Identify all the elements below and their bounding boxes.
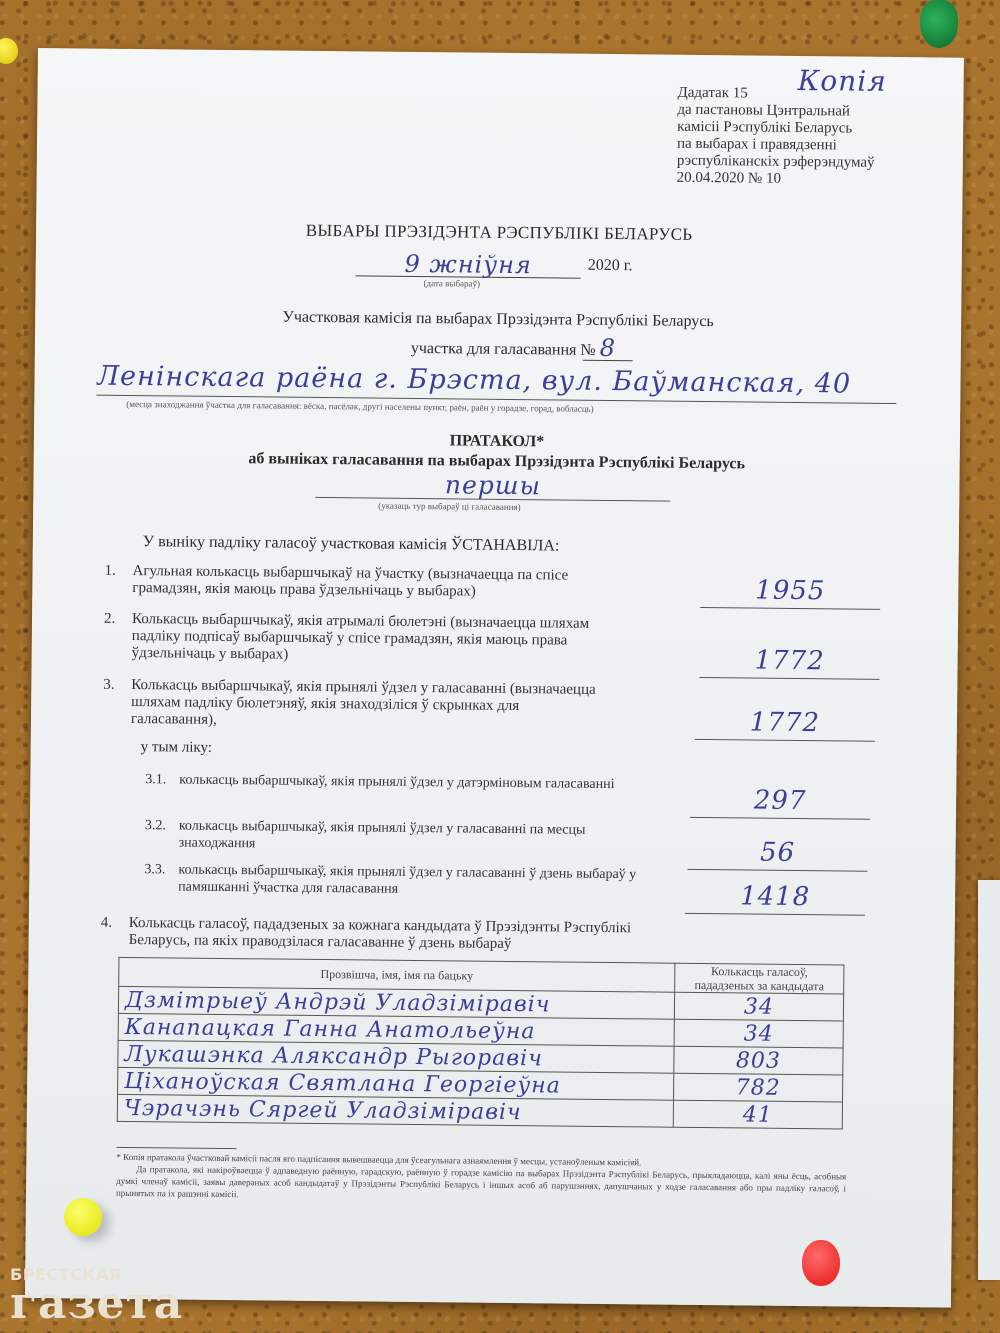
station-label: участка для галасавання №: [411, 340, 596, 360]
subitem-election-day: 3.3.колькасць выбаршчыкаў, якія прынялі …: [144, 861, 638, 900]
subitem-number: 3.3.: [144, 861, 178, 878]
round-caption: (указаць тур выбараў ці галасавання): [378, 501, 521, 512]
item-total-voters: 1.Агульная колькасць выбаршчыкаў на ўчас…: [104, 563, 602, 602]
red-push-pin-icon: [802, 1240, 840, 1286]
candidate-votes: 803: [674, 1046, 843, 1075]
item-text: Колькасць галасоў, пададзеных за кожнага…: [129, 915, 669, 955]
item-text: Агульная колькасць выбаршчыкаў на ўчастк…: [132, 563, 602, 602]
item-number: 4.: [101, 915, 129, 932]
annex-line: Дадатак 15: [677, 85, 875, 104]
round-field: першы: [315, 469, 670, 502]
item-text: Колькасць выбаршчыкаў, якія атрымалі бюл…: [132, 611, 603, 667]
date-caption: (дата выбараў): [424, 278, 481, 289]
station-address-field: Ленінскага раёна г. Брэста, вул. Баўманс…: [96, 361, 896, 404]
subitem-number: 3.1.: [145, 771, 179, 788]
footnote-paragraph: Да пратакола, які накіроўваецца ў адпаве…: [116, 1163, 846, 1207]
item-ballots-issued: 2.Колькасць выбаршчыкаў, якія атрымалі б…: [104, 611, 603, 667]
newspaper-watermark-logo: БРЕСТСКАЯ газета: [10, 1265, 183, 1324]
footnote-divider: [116, 1147, 236, 1149]
including-label: у тым ліку:: [141, 739, 213, 757]
candidates-table: Прозвішча, імя, імя па бацьку Колькасць …: [117, 957, 845, 1130]
candidate-votes: 782: [674, 1073, 843, 1102]
subitem-text: колькасць выбаршчыкаў, якія прынялі ўдзе…: [179, 818, 639, 857]
item-number: 1.: [104, 563, 132, 580]
column-header-votes: Колькасць галасоў, пададзеных за кандыда…: [675, 963, 844, 994]
ballots-issued-value: 1772: [699, 645, 879, 680]
footnote: * Копія пратакола ўчастковай камісіі пас…: [116, 1147, 847, 1207]
annex-line: рэспубліканскіх рэферэндумаў: [677, 153, 875, 172]
yellow-push-pin-icon: [64, 1198, 102, 1236]
candidate-name: Чэрачэнь Сяргей Уладзіміравіч: [117, 1094, 673, 1127]
election-date-field: 9 жніўня: [356, 249, 581, 278]
adjacent-sheet-edge: [978, 880, 1000, 1280]
subitem-home-voting: 3.2.колькасць выбаршчыкаў, якія прынялі …: [145, 817, 639, 856]
early-voting-value: 297: [690, 785, 870, 820]
item-number: 3.: [103, 677, 131, 694]
commission-heading: Участковая камісія па выбарах Прэзідэнта…: [35, 306, 961, 334]
total-voters-value: 1955: [700, 575, 880, 610]
election-day-value: 1418: [685, 881, 865, 916]
annex-line: камісіі Рэспублікі Беларусь: [677, 119, 875, 138]
item-votes-per-candidate: 4.Колькасць галасоў, пададзеных за кожна…: [101, 915, 669, 955]
election-title: ВЫБАРЫ ПРЭЗІДЭНТА РЭСПУБЛІКІ БЕЛАРУСЬ: [36, 218, 962, 248]
item-number: 2.: [104, 611, 132, 628]
protocol-sheet: Копія Дадатак 15 да пастановы Цэнтральна…: [25, 48, 964, 1308]
subitem-number: 3.2.: [145, 817, 179, 834]
candidate-votes: 41: [673, 1100, 842, 1129]
subitem-early-voting: 3.1.колькасць выбаршчыкаў, якія прынялі …: [145, 771, 639, 793]
address-caption: (месца знаходжання ўчастка для галасаван…: [126, 399, 594, 414]
election-year: 2020 г.: [588, 257, 633, 275]
home-voting-value: 56: [687, 837, 867, 872]
subitem-text: колькасць выбаршчыкаў, якія прынялі ўдзе…: [178, 862, 638, 901]
annex-line: 20.04.2020 № 10: [677, 170, 875, 189]
annex-reference: Дадатак 15 да пастановы Цэнтральнай камі…: [677, 85, 876, 189]
station-number-field: 8: [583, 334, 633, 362]
candidate-votes: 34: [674, 1019, 843, 1048]
item-participants: 3.Колькасць выбаршчыкаў, якія прынялі ўд…: [103, 677, 602, 733]
logo-line-2: газета: [10, 1284, 183, 1324]
annex-line: па выбарах і правядзенні: [677, 136, 875, 155]
annex-line: да пастановы Цэнтральнай: [677, 102, 875, 121]
established-heading: У выніку падліку галасоў участковая камі…: [143, 533, 560, 555]
candidate-votes: 34: [674, 992, 843, 1021]
item-text: Колькасць выбаршчыкаў, якія прынялі ўдзе…: [131, 677, 602, 733]
subitem-text: колькасць выбаршчыкаў, якія прынялі ўдзе…: [179, 772, 639, 794]
green-push-pin-icon: [920, 0, 958, 48]
participants-value: 1772: [695, 707, 875, 742]
